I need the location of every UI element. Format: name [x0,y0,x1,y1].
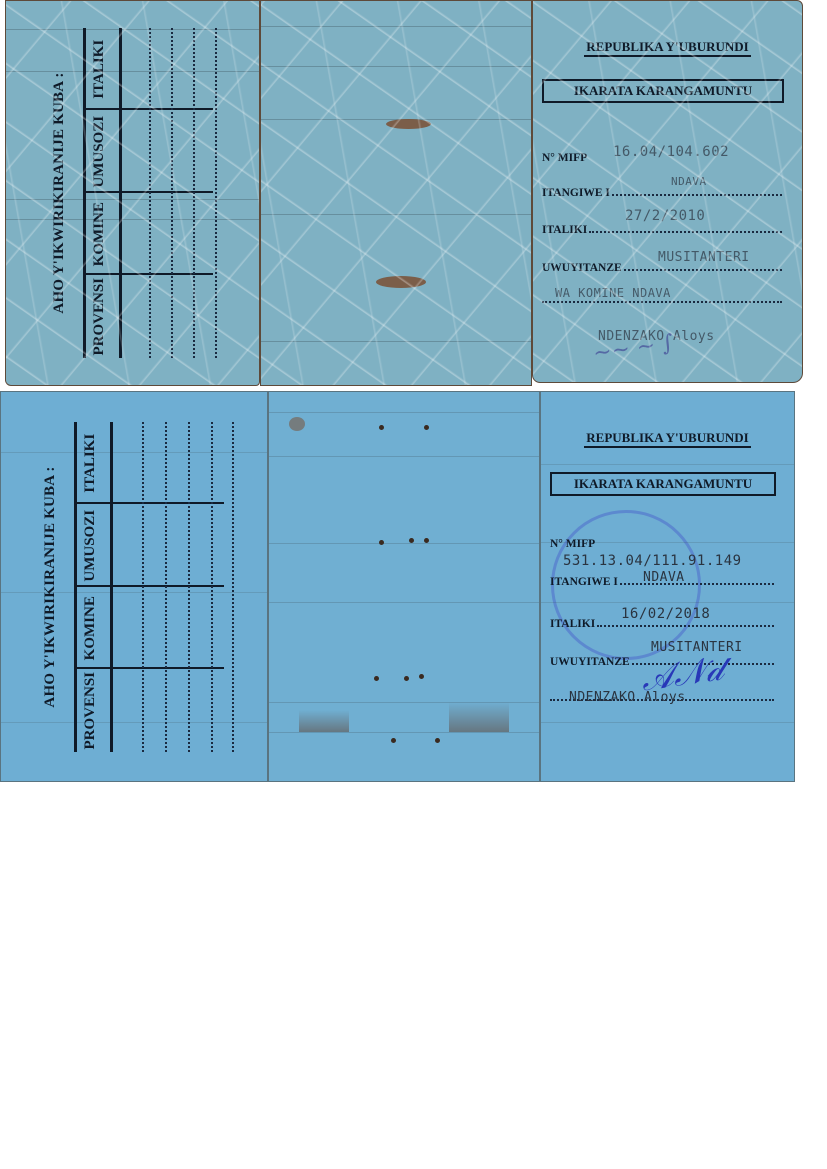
date-value: 27/2/2010 [625,208,705,224]
id-card-top: AHO Y'IKWIRIKIRANIJE KUBA : PROVENSI KOM… [5,0,803,386]
card-title: IKARATA KARANGAMUNTU [542,79,784,103]
card-top-middle-panel [260,0,532,386]
column-header-komine: KOMINE [91,193,108,276]
card-top-left-panel: AHO Y'IKWIRIKIRANIJE KUBA : PROVENSI KOM… [5,0,260,386]
card-bottom-right-panel: REPUBLIKA Y'UBURUNDI IKARATA KARANGAMUNT… [540,391,795,782]
column-header-italiki: ITALIKI [91,28,108,111]
date-value: 16/02/2018 [621,606,710,622]
signed-by-line2-value: WA KOMINE NDAVA [555,286,671,300]
column-header-italiki: ITALIKI [82,422,99,505]
column-header-umusozi: UMUSOZI [82,504,99,587]
mifp-value: 531.13.04/111.91.149 [563,553,742,569]
issued-at-value: NDAVA [643,570,685,585]
column-header-umusozi: UMUSOZI [91,111,108,194]
mifp-value: 16.04/104.602 [613,144,729,160]
issued-at-field: ITANGIWE I [542,179,782,199]
republic-heading: REPUBLIKA Y'UBURUNDI [541,430,794,446]
table-title: AHO Y'IKWIRIKIRANIJE KUBA : [42,422,59,752]
mifp-field: N° MIFP [550,530,774,550]
card-bottom-left-panel: AHO Y'IKWIRIKIRANIJE KUBA : PROVENSI KOM… [0,391,268,782]
issued-at-value: NDAVA [671,175,707,188]
id-card-bottom: AHO Y'IKWIRIKIRANIJE KUBA : PROVENSI KOM… [0,391,795,782]
card-bottom-middle-panel [268,391,540,782]
signed-by-value: MUSITANTERI [658,250,750,265]
table-title: AHO Y'IKWIRIKIRANIJE KUBA : [51,28,68,358]
card-top-right-panel: REPUBLIKA Y'UBURUNDI IKARATA KARANGAMUNT… [532,0,803,383]
card-title: IKARATA KARANGAMUNTU [550,472,776,496]
column-header-provensi: PROVENSI [82,669,99,752]
registration-table: AHO Y'IKWIRIKIRANIJE KUBA : PROVENSI KOM… [34,422,234,752]
column-header-komine: KOMINE [82,587,99,670]
column-header-provensi: PROVENSI [91,276,108,359]
republic-heading: REPUBLIKA Y'UBURUNDI [533,39,802,55]
registration-table: AHO Y'IKWIRIKIRANIJE KUBA : PROVENSI KOM… [43,28,223,358]
